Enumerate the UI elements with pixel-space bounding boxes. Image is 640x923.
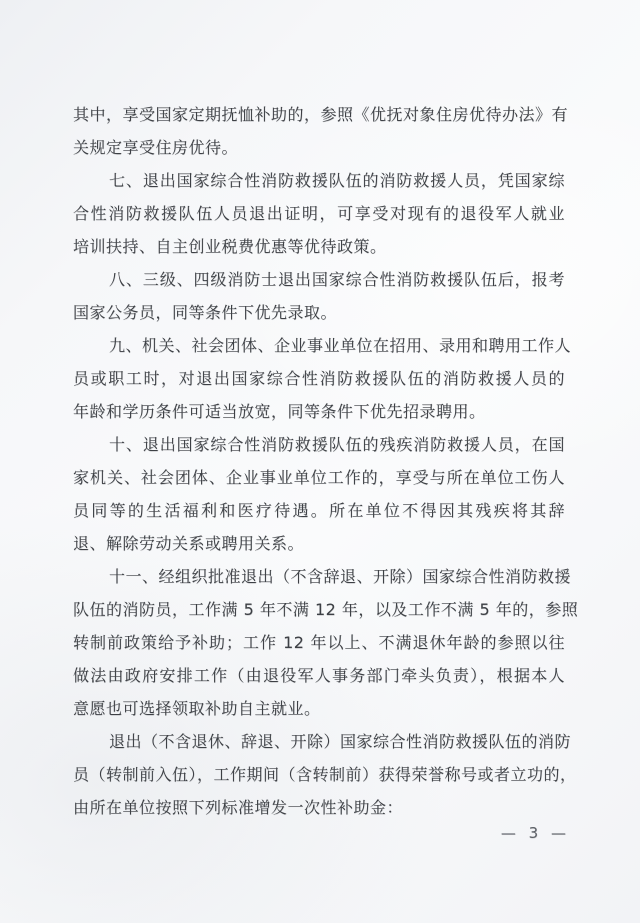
text-line: 做法由政府安排工作（由退役军人事务部门牵头负责），根据本人	[73, 659, 565, 692]
page-number: — 3 —	[501, 818, 570, 848]
text-line: 意愿也可选择领取补助自主就业。	[73, 692, 565, 725]
text-line: 员或职工时，对退出国家综合性消防救援队伍的消防救援人员的	[73, 362, 565, 395]
text-line: 转制前政策给予补助；工作 12 年以上、不满退休年龄的参照以往	[73, 626, 565, 659]
text-line: 队伍的消防员，工作满 5 年不满 12 年，以及工作不满 5 年的，参照	[73, 593, 565, 626]
text-line: 家机关、社会团体、企业事业单位工作的，享受与所在单位工伤人	[73, 461, 565, 494]
paragraph-item-11: 十一、经组织批准退出（不含辞退、开除）国家综合性消防救援 队伍的消防员，工作满 …	[73, 560, 565, 725]
text-line: 员（转制前入伍），工作期间（含转制前）获得荣誉称号或者立功的，	[73, 758, 565, 791]
text-line: 培训扶持、自主创业税费优惠等优待政策。	[73, 230, 565, 263]
text-line: 关规定享受住房优待。	[73, 131, 565, 164]
text-line: 八、三级、四级消防士退出国家综合性消防救援队伍后，报考	[73, 263, 565, 296]
paragraph-honor-subsidy: 退出（不含退休、辞退、开除）国家综合性消防救援队伍的消防 员（转制前入伍），工作…	[73, 725, 565, 824]
text-line: 由所在单位按照下列标准增发一次性补助金：	[73, 791, 565, 824]
text-line: 其中，享受国家定期抚恤补助的，参照《优抚对象住房优待办法》有	[73, 98, 565, 131]
paragraph-item-9: 九、机关、社会团体、企业事业单位在招用、录用和聘用工作人 员或职工时，对退出国家…	[73, 329, 565, 428]
scanned-document-page: 其中，享受国家定期抚恤补助的，参照《优抚对象住房优待办法》有 关规定享受住房优待…	[0, 0, 640, 923]
text-line: 十、退出国家综合性消防救援队伍的残疾消防救援人员，在国	[73, 428, 565, 461]
text-line: 九、机关、社会团体、企业事业单位在招用、录用和聘用工作人	[73, 329, 565, 362]
text-line: 十一、经组织批准退出（不含辞退、开除）国家综合性消防救援	[73, 560, 565, 593]
paragraph-item-10: 十、退出国家综合性消防救援队伍的残疾消防救援人员，在国 家机关、社会团体、企业事…	[73, 428, 565, 560]
text-line: 年龄和学历条件可适当放宽，同等条件下优先招录聘用。	[73, 395, 565, 428]
text-line: 合性消防救援队伍人员退出证明，可享受对现有的退役军人就业	[73, 197, 565, 230]
text-line: 退出（不含退休、辞退、开除）国家综合性消防救援队伍的消防	[73, 725, 565, 758]
text-line: 七、退出国家综合性消防救援队伍的消防救援人员，凭国家综	[73, 164, 565, 197]
document-body: 其中，享受国家定期抚恤补助的，参照《优抚对象住房优待办法》有 关规定享受住房优待…	[73, 98, 565, 824]
text-line: 国家公务员，同等条件下优先录取。	[73, 296, 565, 329]
paragraph-item-8: 八、三级、四级消防士退出国家综合性消防救援队伍后，报考 国家公务员，同等条件下优…	[73, 263, 565, 329]
text-line: 员同等的生活福利和医疗待遇。所在单位不得因其残疾将其辞	[73, 494, 565, 527]
paragraph-item-7: 七、退出国家综合性消防救援队伍的消防救援人员，凭国家综 合性消防救援队伍人员退出…	[73, 164, 565, 263]
paragraph-continuation: 其中，享受国家定期抚恤补助的，参照《优抚对象住房优待办法》有 关规定享受住房优待…	[73, 98, 565, 164]
text-line: 退、解除劳动关系或聘用关系。	[73, 527, 565, 560]
